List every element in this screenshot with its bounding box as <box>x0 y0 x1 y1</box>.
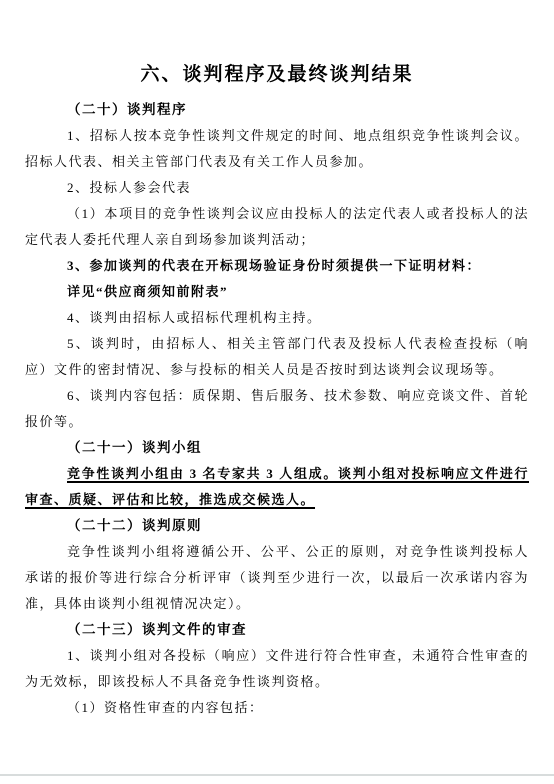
paragraph: 4、谈判由招标人或招标代理机构主持。 <box>25 305 529 331</box>
document-title: 六、谈判程序及最终谈判结果 <box>25 60 529 90</box>
paragraph: 1、招标人按本竞争性谈判文件规定的时间、地点组织竞争性谈判会议。招标人代表、相关… <box>25 123 529 175</box>
paragraph: 竞争性谈判小组将遵循公开、公平、公正的原则，对竞争性谈判投标人承诺的报价等进行综… <box>25 539 529 617</box>
paragraph: （1）资格性审查的内容包括： <box>25 695 529 721</box>
paragraph: 2、投标人参会代表 <box>25 175 529 201</box>
section-heading-23: （二十三）谈判文件的审查 <box>25 617 529 643</box>
paragraph-bold: 3、参加谈判的代表在开标现场验证身份时须提供一下证明材料： <box>25 253 529 279</box>
page-bottom-divider <box>0 774 554 776</box>
section-heading-21: （二十一）谈判小组 <box>25 435 529 461</box>
paragraph-bold: 详见“供应商须知前附表” <box>25 279 529 305</box>
paragraph-bold-underlined: 竞争性谈判小组由 3 名专家共 3 人组成。谈判小组对投标响应文件进行审查、质疑… <box>25 461 529 513</box>
document-page: 六、谈判程序及最终谈判结果 （二十）谈判程序 1、招标人按本竞争性谈判文件规定的… <box>0 0 554 784</box>
section-heading-22: （二十二）谈判原则 <box>25 513 529 539</box>
paragraph: 6、谈判内容包括：质保期、售后服务、技术参数、响应竞谈文件、首轮报价等。 <box>25 383 529 435</box>
paragraph: （1）本项目的竞争性谈判会议应由投标人的法定代表人或者投标人的法定代表人委托代理… <box>25 201 529 253</box>
paragraph: 1、谈判小组对各投标（响应）文件进行符合性审查，未通符合性审查的为无效标，即该投… <box>25 643 529 695</box>
section-heading-20: （二十）谈判程序 <box>25 97 529 123</box>
document-body: 六、谈判程序及最终谈判结果 （二十）谈判程序 1、招标人按本竞争性谈判文件规定的… <box>0 0 554 721</box>
paragraph: 5、谈判时，由招标人、相关主管部门代表及投标人代表检查投标（响应）文件的密封情况… <box>25 331 529 383</box>
